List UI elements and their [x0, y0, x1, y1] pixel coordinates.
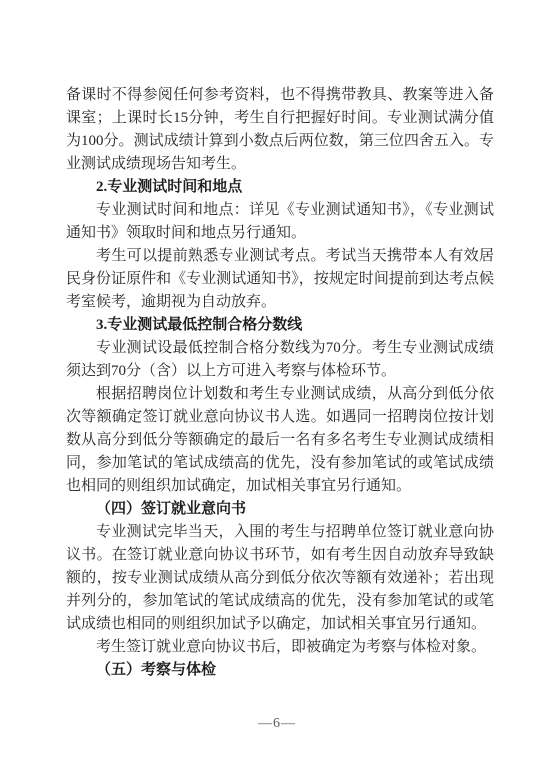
paragraph-passing-score: 专业测试设最低控制合格分数线为70分。考生专业测试成绩须达到70分（含）以上方可… — [66, 337, 494, 383]
section-heading-passing-score-line: 3.专业测试最低控制合格分数线 — [66, 314, 494, 337]
paragraph-exam-day-requirements: 考生可以提前熟悉专业测试考点。考试当天携带本人有效居民身份证原件和《专业测试通知… — [66, 245, 494, 314]
document-page: 备课时不得参阅任何参考资料，也不得携带教具、教案等进入备课室；上课时长15分钟，… — [0, 0, 554, 682]
paragraph-notice-book: 专业测试时间和地点：详见《专业测试通知书》，《专业测试通知书》领取时间和地点另行… — [66, 199, 494, 245]
paragraph-sign-agreement-process: 专业测试完毕当天，入围的考生与招聘单位签订就业意向协议书。在签订就业意向协议书环… — [66, 521, 494, 636]
section-heading-inspection-physical: （五）考察与体检 — [66, 659, 494, 682]
page-number: —6— — [0, 712, 554, 735]
section-heading-sign-employment-intent: （四）签订就业意向书 — [66, 498, 494, 521]
paragraph-selection-ranking: 根据招聘岗位计划数和考生专业测试成绩，从高分到低分依次等额确定签订就业意向协议书… — [66, 383, 494, 498]
paragraph-confirm-inspection-target: 考生签订就业意向协议书后，即被确定为考察与体检对象。 — [66, 636, 494, 659]
section-heading-test-time-place: 2.专业测试时间和地点 — [66, 176, 494, 199]
paragraph-test-rules-continuation: 备课时不得参阅任何参考资料，也不得携带教具、教案等进入备课室；上课时长15分钟，… — [66, 84, 494, 176]
